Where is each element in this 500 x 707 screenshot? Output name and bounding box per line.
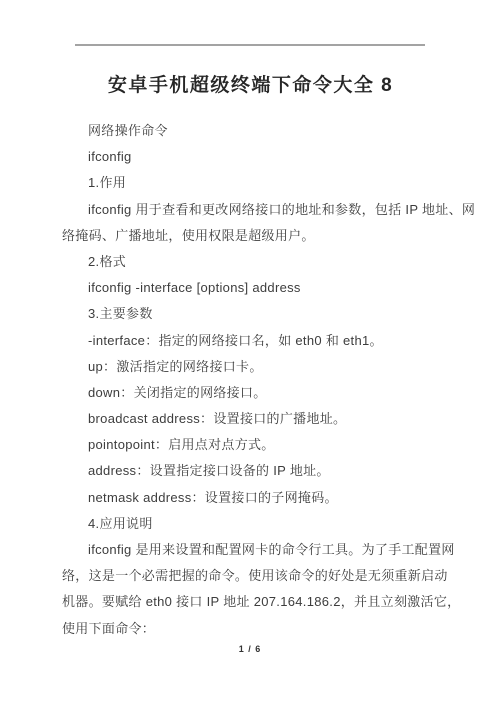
document-body: 网络操作命令ifconfig1.作用ifconfig 用于查看和更改网络接口的地… <box>62 118 442 642</box>
body-line: ifconfig 用于查看和更改网络接口的地址和参数，包括 IP 地址、网 <box>62 197 442 223</box>
body-line: 络，这是一个必需把握的命令。使用该命令的好处是无须重新启动 <box>62 563 442 589</box>
body-line: 网络操作命令 <box>62 118 442 144</box>
document-page: 安卓手机超级终端下命令大全 8 网络操作命令ifconfig1.作用ifconf… <box>0 0 500 707</box>
body-line: 络掩码、广播地址，使用权限是超级用户。 <box>62 223 442 249</box>
body-line: 4.应用说明 <box>62 511 442 537</box>
body-line: broadcast address：设置接口的广播地址。 <box>62 406 442 432</box>
body-line: ifconfig <box>62 144 442 170</box>
body-line: ifconfig 是用来设置和配置网卡的命令行工具。为了手工配置网 <box>62 537 442 563</box>
body-line: up：激活指定的网络接口卡。 <box>62 354 442 380</box>
title-divider-rule <box>75 44 425 46</box>
body-line: 2.格式 <box>62 249 442 275</box>
body-line: pointopoint：启用点对点方式。 <box>62 432 442 458</box>
body-line: -interface：指定的网络接口名，如 eth0 和 eth1。 <box>62 328 442 354</box>
body-line: 使用下面命令： <box>62 616 442 642</box>
body-line: netmask address：设置接口的子网掩码。 <box>62 485 442 511</box>
body-line: address：设置指定接口设备的 IP 地址。 <box>62 458 442 484</box>
body-line: 3.主要参数 <box>62 301 442 327</box>
document-title: 安卓手机超级终端下命令大全 8 <box>62 70 439 97</box>
body-line: down：关闭指定的网络接口。 <box>62 380 442 406</box>
body-line: 机器。要赋给 eth0 接口 IP 地址 207.164.186.2，并且立刻激… <box>62 589 442 615</box>
page-number-indicator: 1 / 6 <box>0 644 500 654</box>
body-line: ifconfig -interface [options] address <box>62 275 442 301</box>
body-line: 1.作用 <box>62 170 442 196</box>
